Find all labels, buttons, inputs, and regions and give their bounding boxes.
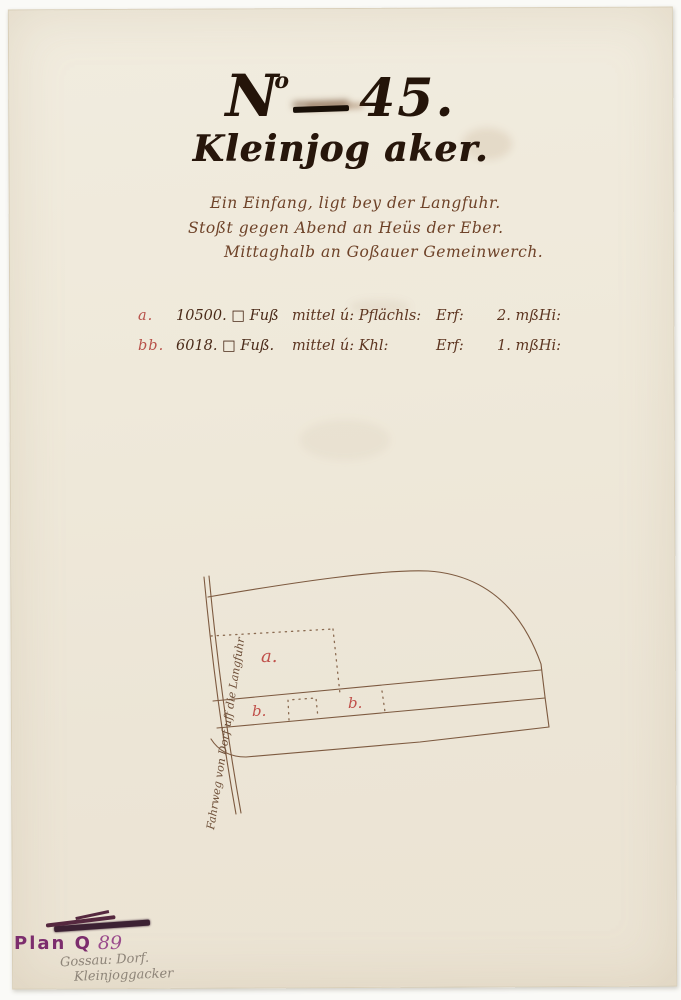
parcel-right-edge <box>541 664 549 727</box>
road-label: Fahrweg von Dorf uff die Langfuhr <box>204 636 248 832</box>
dotted-boundary-a-vertical <box>333 629 340 694</box>
parcel-sketch: a. b. b. Fahrweg von Dorf uff die Langfu… <box>0 0 681 1000</box>
parcel-label-a: a. <box>261 646 277 667</box>
plan-stamp-text: Plan Q <box>14 933 92 954</box>
parcel-bottom-edge <box>211 727 549 757</box>
parcel-top-edge <box>208 571 541 664</box>
parcel-label-b2: b. <box>348 694 362 712</box>
parcel-label-b1: b. <box>252 702 266 720</box>
plan-signature: Plan Q89 <box>14 932 122 954</box>
dotted-divider-b <box>382 691 385 712</box>
strip-line-1 <box>213 670 541 701</box>
plan-stamp-number: 89 <box>98 932 122 954</box>
dotted-rectangle-b <box>288 698 318 720</box>
dotted-boundary-a-horizontal <box>211 629 333 636</box>
